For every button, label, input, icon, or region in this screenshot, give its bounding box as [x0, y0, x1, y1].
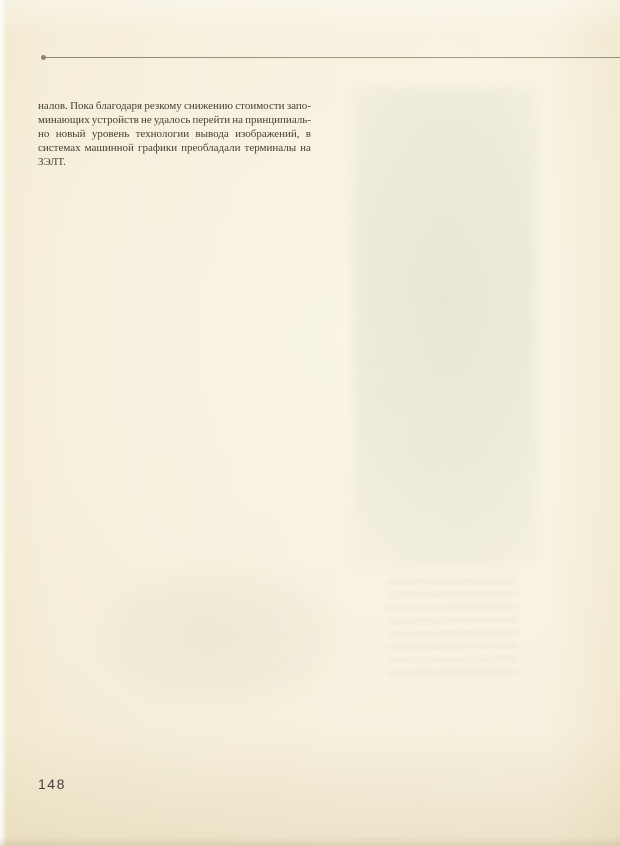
word: удалось [154, 113, 191, 127]
word: изображений, [235, 127, 299, 141]
reverse-side-image-showthrough [354, 88, 536, 566]
word: минающих [38, 113, 90, 127]
word: уровень [92, 127, 129, 141]
body-paragraph: налов.Покаблагодарярезкомуснижениюстоимо… [38, 99, 311, 169]
word: благодаря [96, 99, 142, 113]
header-rule [43, 57, 620, 58]
page-number: 148 [38, 777, 66, 792]
word: новый [56, 127, 86, 141]
reverse-side-text-showthrough [387, 579, 518, 680]
scanned-page: налов.Покаблагодарярезкомуснижениюстоимо… [0, 0, 620, 846]
header-rule-dot [41, 55, 46, 60]
word: вывода [195, 127, 228, 141]
word: устройств [92, 113, 139, 127]
word: в [306, 127, 311, 141]
scan-edge-bottom [0, 836, 620, 846]
word: на [300, 141, 311, 155]
word: Пока [70, 99, 94, 113]
paragraph-line: ноновыйуровеньтехнологиивыводаизображени… [38, 127, 311, 141]
word: стоимости [235, 99, 284, 113]
paragraph-line: ЗЭЛТ. [38, 155, 311, 169]
paragraph-line: налов.Покаблагодарярезкомуснижениюстоимо… [38, 99, 311, 113]
word: принципиаль- [245, 113, 311, 127]
word: на [232, 113, 243, 127]
word: не [141, 113, 152, 127]
word: системах [38, 141, 81, 155]
word: перейти [192, 113, 230, 127]
word: но [38, 127, 49, 141]
scan-edge-left [0, 0, 7, 846]
word: преобладали [181, 141, 240, 155]
word: технологии [136, 127, 190, 141]
word: налов. [38, 99, 68, 113]
word: терминалы [245, 141, 297, 155]
word: резкому [144, 99, 181, 113]
word: машинной [85, 141, 134, 155]
paragraph-line: системахмашиннойграфикипреобладалитермин… [38, 141, 311, 155]
word: графики [138, 141, 177, 155]
word: снижению [184, 99, 233, 113]
word: запо- [287, 99, 311, 113]
reverse-side-blob-showthrough [55, 545, 385, 745]
paragraph-line: минающихустройствнеудалосьперейтинапринц… [38, 113, 311, 127]
